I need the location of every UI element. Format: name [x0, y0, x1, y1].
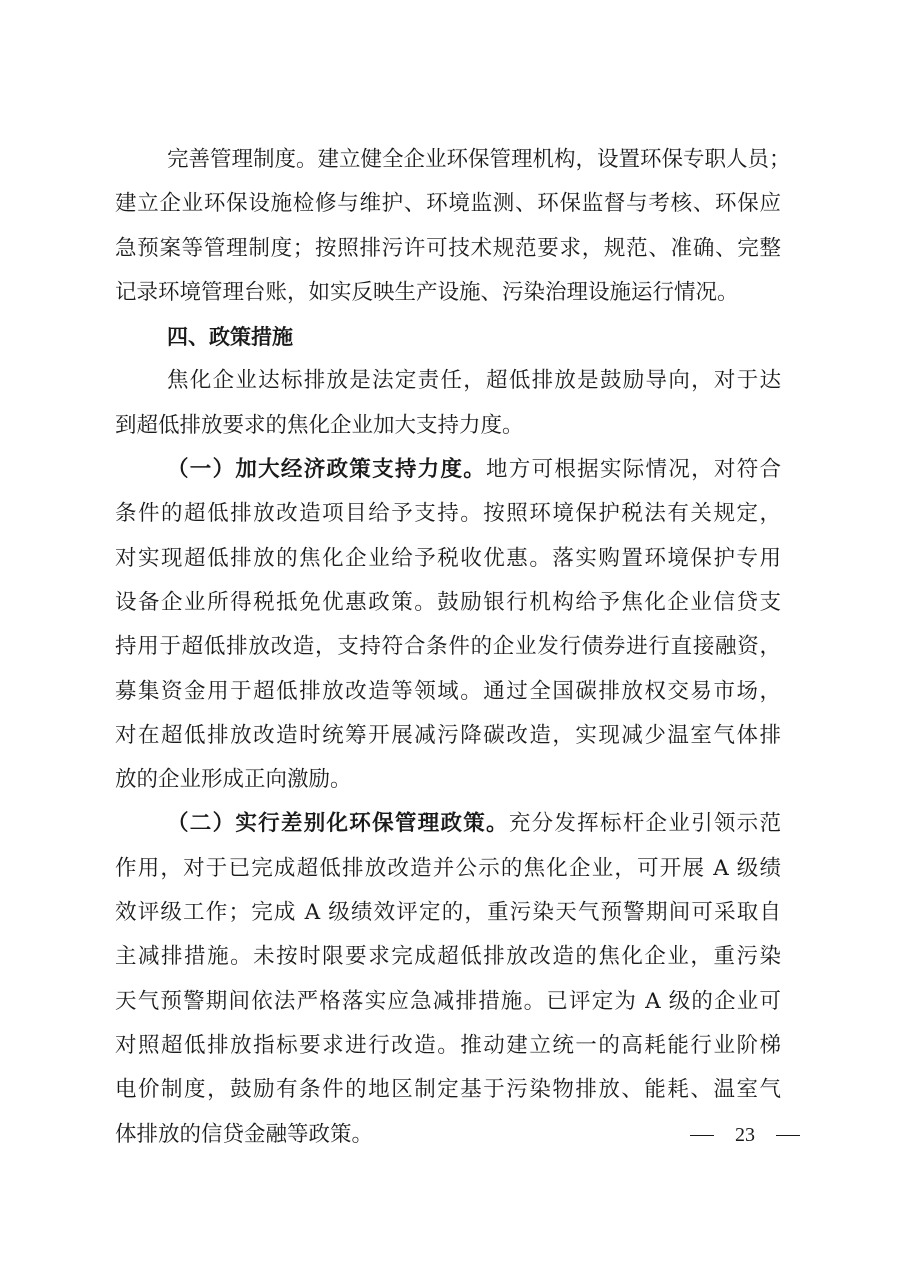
subheading-economic-policy: （一）加大经济政策支持力度。 [167, 457, 486, 482]
text-line: 作用，对于已完成超低排放改造并公示的焦化企业，可开展 A 级绩 [115, 847, 781, 891]
text-line: 放的企业形成正向激励。 [115, 758, 781, 802]
text-line: 体排放的信贷金融等政策。 [115, 1113, 781, 1157]
text-run: 地方可根据实际情况，对符合 [486, 457, 781, 482]
text-line: 记录环境管理台账，如实反映生产设施、污染治理设施运行情况。 [115, 271, 781, 315]
text-line: 建立企业环保设施检修与维护、环境监测、环保监督与考核、环保应 [115, 182, 781, 226]
text-run: 充分发挥标杆企业引领示范 [509, 811, 781, 836]
text-line: 完善管理制度。建立健全企业环保管理机构，设置环保专职人员； [115, 138, 781, 182]
text-line: 设备企业所得税抵免优惠政策。鼓励银行机构给予焦化企业信贷支 [115, 581, 781, 625]
dash-left [690, 1135, 714, 1136]
paragraph-intro: 焦化企业达标排放是法定责任，超低排放是鼓励导向，对于达 到超低排放要求的焦化企业… [115, 359, 781, 448]
text-line: 电价制度，鼓励有条件的地区制定基于污染物排放、能耗、温室气 [115, 1068, 781, 1112]
text-line: 焦化企业达标排放是法定责任，超低排放是鼓励导向，对于达 [115, 359, 781, 403]
section-heading: 四、政策措施 [115, 315, 781, 359]
dash-right [776, 1135, 800, 1136]
text-line: （一）加大经济政策支持力度。地方可根据实际情况，对符合 [115, 448, 781, 492]
paragraph-economic-policy: （一）加大经济政策支持力度。地方可根据实际情况，对符合 条件的超低排放改造项目给… [115, 448, 781, 802]
text-line: 主减排措施。未按时限要求完成超低排放改造的焦化企业，重污染 [115, 935, 781, 979]
document-page: 完善管理制度。建立健全企业环保管理机构，设置环保专职人员； 建立企业环保设施检修… [115, 138, 781, 1157]
text-line: 对照超低排放指标要求进行改造。推动建立统一的高耗能行业阶梯 [115, 1024, 781, 1068]
paragraph-management-system: 完善管理制度。建立健全企业环保管理机构，设置环保专职人员； 建立企业环保设施检修… [115, 138, 781, 315]
page-number: 23 [735, 1124, 755, 1147]
text-line: 急预案等管理制度；按照排污许可技术规范要求，规范、准确、完整 [115, 227, 781, 271]
text-line: 条件的超低排放改造项目给予支持。按照环境保护税法有关规定， [115, 492, 781, 536]
text-line: 持用于超低排放改造，支持符合条件的企业发行债券进行直接融资， [115, 625, 781, 669]
text-line: 对实现超低排放的焦化企业给予税收优惠。落实购置环境保护专用 [115, 537, 781, 581]
paragraph-differentiated-policy: （二）实行差别化环保管理政策。充分发挥标杆企业引领示范 作用，对于已完成超低排放… [115, 802, 781, 1156]
page-number-footer: 23 [690, 1124, 800, 1147]
subheading-differentiated-policy: （二）实行差别化环保管理政策。 [167, 811, 509, 836]
text-line: （二）实行差别化环保管理政策。充分发挥标杆企业引领示范 [115, 802, 781, 846]
text-line: 天气预警期间依法严格落实应急减排措施。已评定为 A 级的企业可 [115, 980, 781, 1024]
text-line: 到超低排放要求的焦化企业加大支持力度。 [115, 404, 781, 448]
text-line: 募集资金用于超低排放改造等领域。通过全国碳排放权交易市场， [115, 670, 781, 714]
text-line: 对在超低排放改造时统筹开展减污降碳改造，实现减少温室气体排 [115, 714, 781, 758]
text-line: 效评级工作；完成 A 级绩效评定的，重污染天气预警期间可采取自 [115, 891, 781, 935]
